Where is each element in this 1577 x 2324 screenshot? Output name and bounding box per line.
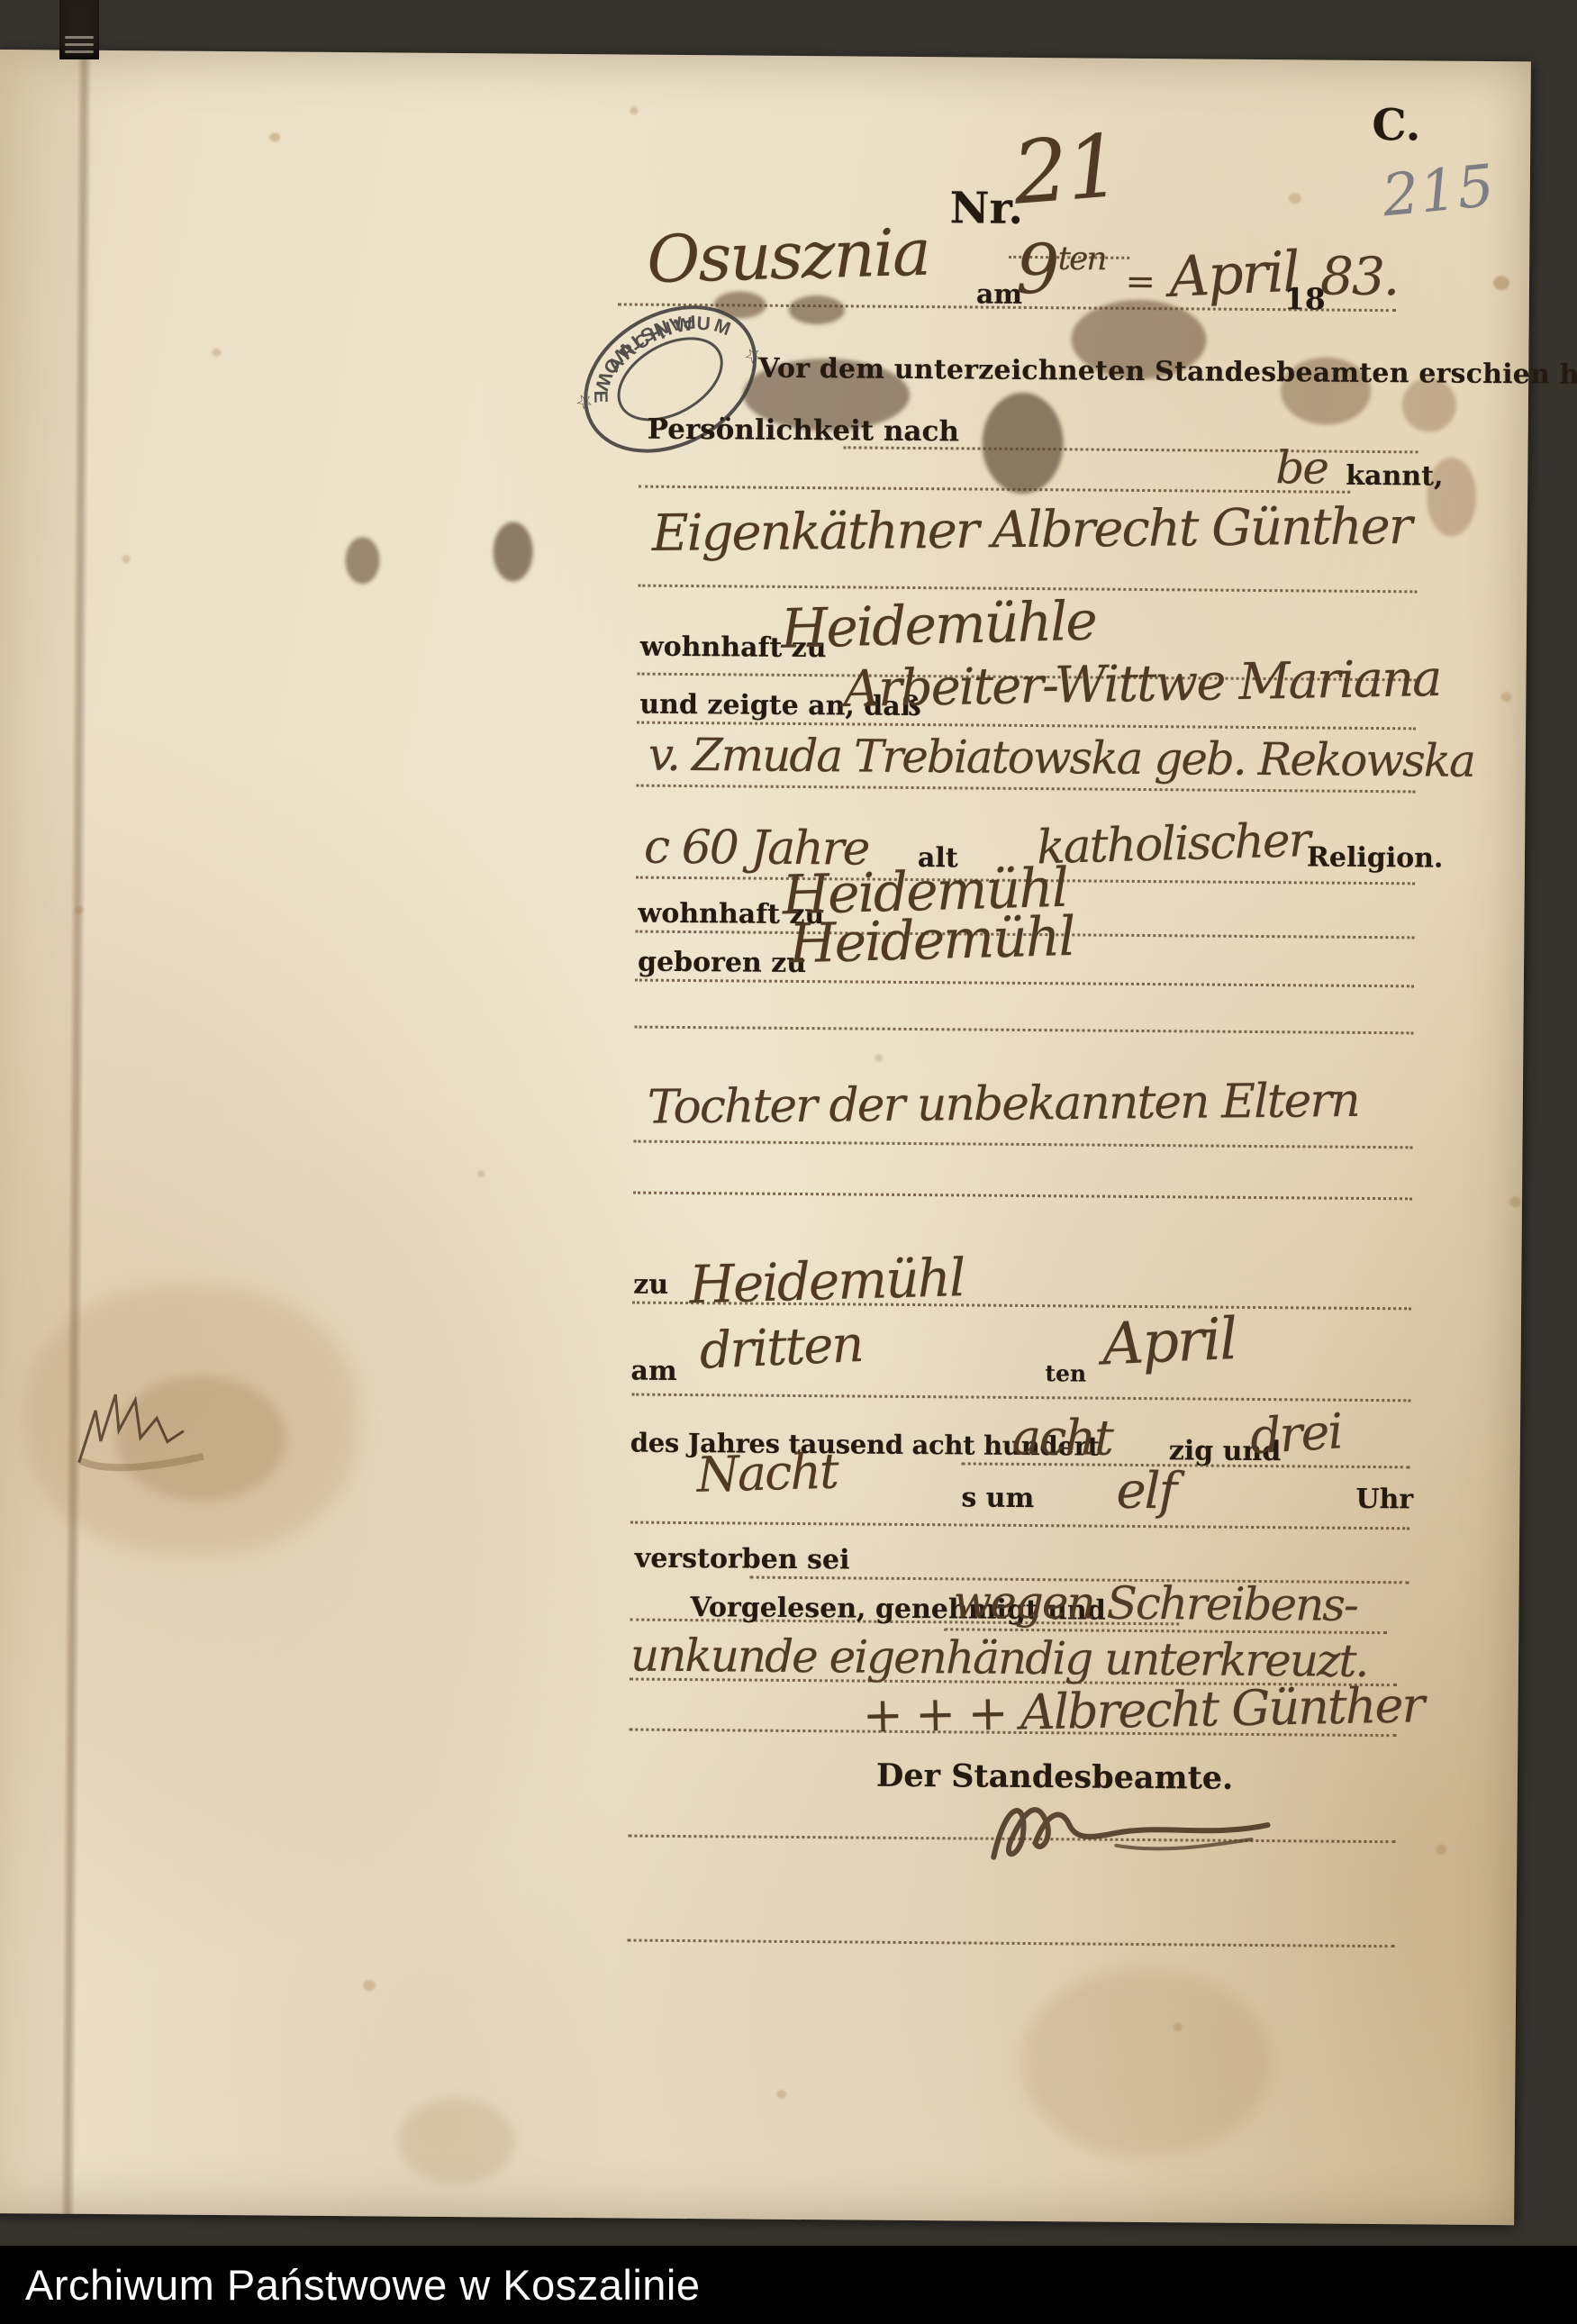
fox-spot [1436,1845,1446,1855]
report-year-written: 83. [1320,246,1399,308]
death-day-value: dritten [698,1315,863,1381]
fox-spot [776,2090,786,2099]
dotted-line [630,1521,1409,1530]
report-day: 9ten = [1016,229,1155,310]
fox-spot [1174,2022,1183,2031]
fox-spot [875,1055,883,1062]
deceased-religion: katholischer [1036,813,1310,875]
death-year-ones: drei [1248,1403,1343,1465]
water-stain [1020,1967,1273,2158]
archive-caption-text: Archiwum Państwowe w Koszalinie [25,2260,701,2310]
report-day-suffix: ten [1057,241,1105,277]
ink-stain [493,522,533,581]
day-separator: = [1125,261,1154,303]
personality-label: Persönlichkeit nach [648,413,960,449]
dotted-line [634,1026,1413,1035]
uhr-label: Uhr [1355,1484,1413,1515]
birthplace-value: Heidemühl [788,905,1074,976]
declarant-name-line: Eigenkäthner Albrecht Günther [652,497,1411,563]
fox-spot [1493,276,1509,290]
deceased-name-line2: v. Zmuda Trebiatowska geb. Rekowska [648,729,1474,787]
fox-spot [1500,692,1511,702]
record-number-value: 21 [1010,115,1124,224]
report-month: April [1168,239,1301,310]
fox-spot [630,106,638,114]
closing-handwritten-1: wegen Schreibens- [953,1575,1357,1631]
death-month-value: April [1101,1306,1237,1379]
fox-spot [212,349,221,357]
death-daytime: Nacht [696,1443,838,1503]
registry-place: Osusznia [646,214,930,297]
pen-scribble-mark [68,1355,222,1491]
declarant-residence-value: Heidemühle [780,589,1097,660]
record-number-label: Nr. [949,183,1023,234]
deceased-name-line1: Arbeiter-Wittwe Mariana [843,649,1441,719]
dotted-line [635,979,1414,988]
known-printed-suffix: kannt, [1346,460,1443,493]
birthplace-label: geboren zu [638,947,806,979]
dotted-line [628,1939,1395,1948]
binding-thread-notch [59,0,99,59]
fox-spot [363,1980,376,1991]
pencil-page-number: 215 [1380,153,1499,231]
dotted-line [633,1192,1412,1201]
fox-spot [1509,1196,1521,1207]
fox-spot [1289,193,1301,204]
death-year-tens: acht [1012,1409,1112,1466]
ink-stain [345,537,379,584]
known-handwritten-prefix: be [1275,441,1328,494]
death-place-label: zu [633,1269,668,1301]
fox-spot [269,132,280,141]
death-day-suffix: ten [1045,1360,1086,1386]
registrar-signature [981,1785,1279,1878]
dotted-line [633,1140,1412,1149]
report-day-number: 9 [1016,229,1058,309]
dotted-line [844,446,1418,453]
deceased-label: verstorben sei [635,1543,850,1576]
record-paper-sheet: ARCHIWUM PAŃSTWOWE ☆ ☆ C. 215 Nr. 21 Osu… [0,50,1531,2225]
s-um-label: s um [961,1482,1034,1514]
fox-spot [477,1170,485,1177]
death-day-label: am [630,1356,676,1387]
dotted-line [639,486,1350,494]
dotted-line [631,1393,1410,1403]
fox-spot [122,555,131,563]
ink-stain [982,393,1064,495]
religion-label: Religion. [1307,841,1444,874]
form-letter-c: C. [1372,100,1421,150]
parents-line: Tochter der unbekannten Eltern [648,1074,1359,1135]
death-hour: elf [1116,1462,1175,1521]
scanned-document-page: ARCHIWUM PAŃSTWOWE ☆ ☆ C. 215 Nr. 21 Osu… [0,0,1577,2324]
fox-spot [74,906,83,914]
ink-stain [789,295,845,324]
archive-caption-bar: Archiwum Państwowe w Koszalinie [0,2246,1577,2324]
dotted-line [962,1462,1410,1468]
water-stain [397,2098,515,2184]
